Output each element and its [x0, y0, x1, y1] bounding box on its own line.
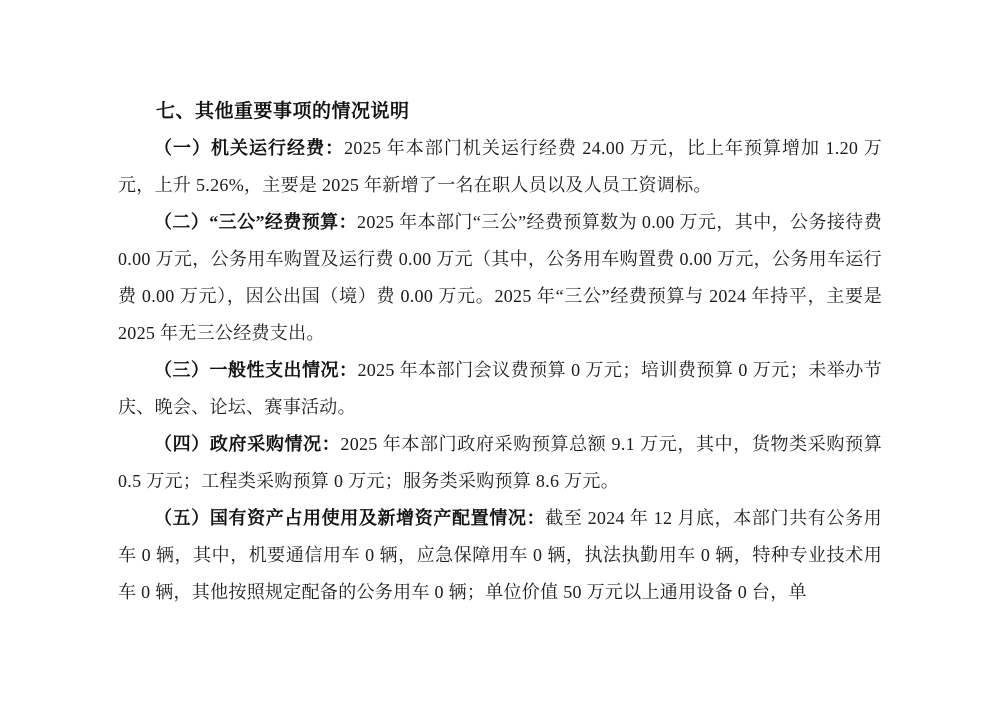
paragraph-agency-operating-expense: （一）机关运行经费：2025 年本部门机关运行经费 24.00 万元，比上年预算…: [118, 130, 882, 204]
paragraph-state-owned-assets: （五）国有资产占用使用及新增资产配置情况：截至 2024 年 12 月底，本部门…: [118, 500, 882, 611]
paragraph-three-public-expense-budget: （二）“三公”经费预算：2025 年本部门“三公”经费预算数为 0.00 万元，…: [118, 204, 882, 352]
paragraph-lead: （一）机关运行经费：: [154, 138, 344, 158]
paragraph-lead: （五）国有资产占用使用及新增资产配置情况：: [154, 508, 545, 528]
section-heading: 七、其他重要事项的情况说明: [118, 93, 882, 130]
paragraph-lead: （三）一般性支出情况：: [154, 360, 357, 380]
document-page: 七、其他重要事项的情况说明 （一）机关运行经费：2025 年本部门机关运行经费 …: [0, 0, 1000, 706]
paragraph-lead: （四）政府采购情况：: [154, 434, 340, 454]
paragraph-lead: （二）“三公”经费预算：: [154, 212, 357, 232]
paragraph-general-expenditure: （三）一般性支出情况：2025 年本部门会议费预算 0 万元；培训费预算 0 万…: [118, 352, 882, 426]
paragraph-government-procurement: （四）政府采购情况：2025 年本部门政府采购预算总额 9.1 万元，其中，货物…: [118, 426, 882, 500]
